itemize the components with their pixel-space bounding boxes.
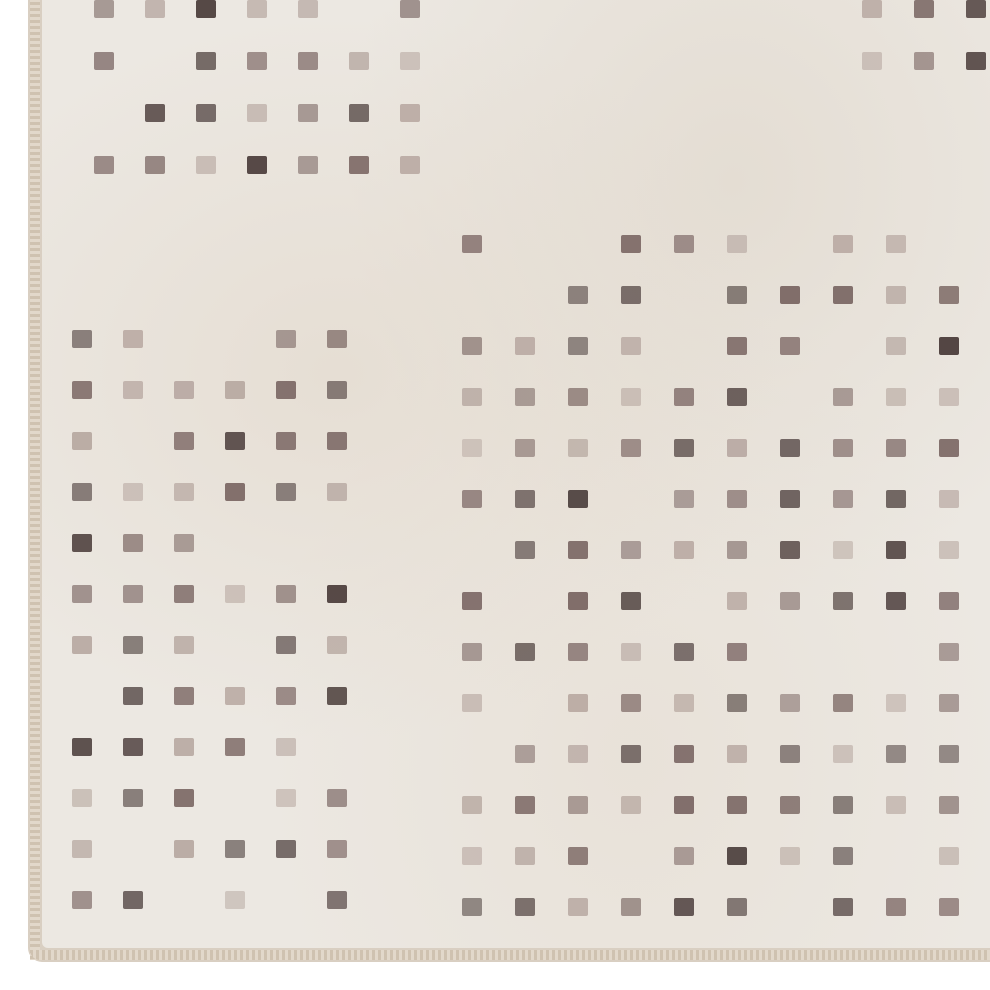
pattern-square [780, 745, 800, 763]
pattern-square [568, 337, 588, 355]
pattern-square [886, 490, 906, 508]
pattern-square [276, 381, 296, 399]
pattern-square [568, 286, 588, 304]
pattern-square [939, 337, 959, 355]
pattern-square [939, 439, 959, 457]
pattern-square [568, 541, 588, 559]
pattern-square [621, 643, 641, 661]
pattern-square [145, 0, 165, 18]
pattern-square [886, 592, 906, 610]
pattern-square [174, 636, 194, 654]
pattern-square [349, 156, 369, 174]
pattern-square [123, 789, 143, 807]
pattern-square [939, 541, 959, 559]
pattern-square [727, 847, 747, 865]
rug-edge-binding-left [30, 0, 40, 960]
pattern-square [327, 789, 347, 807]
pattern-square [123, 891, 143, 909]
pattern-square [72, 891, 92, 909]
pattern-square [886, 898, 906, 916]
pattern-square [276, 687, 296, 705]
pattern-square [727, 490, 747, 508]
pattern-square [123, 585, 143, 603]
pattern-square [225, 891, 245, 909]
pattern-square [568, 643, 588, 661]
pattern-square [621, 337, 641, 355]
pattern-square [674, 898, 694, 916]
pattern-square [568, 388, 588, 406]
pattern-square [94, 156, 114, 174]
pattern-square [833, 898, 853, 916]
pattern-square [174, 585, 194, 603]
pattern-square [72, 534, 92, 552]
pattern-square [674, 847, 694, 865]
pattern-square [727, 439, 747, 457]
pattern-square [462, 439, 482, 457]
pattern-square [276, 432, 296, 450]
pattern-square [72, 738, 92, 756]
pattern-square [886, 796, 906, 814]
pattern-square [515, 847, 535, 865]
pattern-square [327, 840, 347, 858]
pattern-square [94, 0, 114, 18]
pattern-square [939, 286, 959, 304]
pattern-square [621, 439, 641, 457]
pattern-square [780, 796, 800, 814]
pattern-square [780, 439, 800, 457]
pattern-square [276, 585, 296, 603]
pattern-square [276, 330, 296, 348]
pattern-square [462, 643, 482, 661]
pattern-square [833, 796, 853, 814]
pattern-square [298, 0, 318, 18]
pattern-square [886, 388, 906, 406]
pattern-square [515, 490, 535, 508]
pattern-square [174, 738, 194, 756]
pattern-square [400, 104, 420, 122]
pattern-square [298, 156, 318, 174]
pattern-square [123, 381, 143, 399]
pattern-square [327, 636, 347, 654]
pattern-square [72, 636, 92, 654]
pattern-square [780, 490, 800, 508]
pattern-square [914, 52, 934, 70]
pattern-square [327, 330, 347, 348]
pattern-square [72, 330, 92, 348]
pattern-square [674, 490, 694, 508]
pattern-square [568, 898, 588, 916]
pattern-square [886, 235, 906, 253]
pattern-square [780, 541, 800, 559]
pattern-square [327, 432, 347, 450]
pattern-square [225, 432, 245, 450]
pattern-square [327, 687, 347, 705]
pattern-square [886, 694, 906, 712]
pattern-square [833, 541, 853, 559]
pattern-square [727, 235, 747, 253]
pattern-square [515, 796, 535, 814]
pattern-square [621, 796, 641, 814]
pattern-square [515, 745, 535, 763]
pattern-square [886, 745, 906, 763]
pattern-square [400, 52, 420, 70]
pattern-square [94, 52, 114, 70]
pattern-square [833, 388, 853, 406]
pattern-square [621, 898, 641, 916]
pattern-square [225, 738, 245, 756]
pattern-square [833, 439, 853, 457]
pattern-square [174, 534, 194, 552]
pattern-square [327, 381, 347, 399]
pattern-square [674, 388, 694, 406]
pattern-square [966, 0, 986, 18]
pattern-square [196, 104, 216, 122]
pattern-square [780, 694, 800, 712]
pattern-square [833, 235, 853, 253]
pattern-square [914, 0, 934, 18]
pattern-square [247, 104, 267, 122]
pattern-square [780, 337, 800, 355]
pattern-square [674, 439, 694, 457]
pattern-square [225, 483, 245, 501]
pattern-square [727, 796, 747, 814]
pattern-square [247, 156, 267, 174]
pattern-square [727, 745, 747, 763]
pattern-square [72, 789, 92, 807]
pattern-square [674, 235, 694, 253]
pattern-square [674, 796, 694, 814]
pattern-square [174, 432, 194, 450]
pattern-square [966, 52, 986, 70]
pattern-square [515, 898, 535, 916]
pattern-square [621, 541, 641, 559]
pattern-square [515, 439, 535, 457]
pattern-square [939, 847, 959, 865]
pattern-square [727, 388, 747, 406]
pattern-square [462, 592, 482, 610]
pattern-square [462, 235, 482, 253]
pattern-square [833, 592, 853, 610]
pattern-square [727, 286, 747, 304]
pattern-square [674, 541, 694, 559]
pattern-square [225, 840, 245, 858]
pattern-square [939, 643, 959, 661]
pattern-square [276, 840, 296, 858]
pattern-square [276, 789, 296, 807]
pattern-square [123, 534, 143, 552]
pattern-square [247, 0, 267, 18]
pattern-square [515, 388, 535, 406]
pattern-square [621, 745, 641, 763]
pattern-square [833, 490, 853, 508]
pattern-square [400, 156, 420, 174]
pattern-square [298, 104, 318, 122]
pattern-square [123, 483, 143, 501]
pattern-square [780, 286, 800, 304]
pattern-square [780, 592, 800, 610]
pattern-square [123, 636, 143, 654]
pattern-square [833, 694, 853, 712]
pattern-square [276, 483, 296, 501]
pattern-square [276, 738, 296, 756]
pattern-square [621, 388, 641, 406]
pattern-square [727, 694, 747, 712]
pattern-square [327, 585, 347, 603]
pattern-square [568, 439, 588, 457]
pattern-square [174, 381, 194, 399]
pattern-square [886, 286, 906, 304]
pattern-square [568, 745, 588, 763]
pattern-square [862, 0, 882, 18]
pattern-square [462, 694, 482, 712]
pattern-square [462, 490, 482, 508]
pattern-square [145, 104, 165, 122]
pattern-square [833, 745, 853, 763]
pattern-square [674, 694, 694, 712]
pattern-square [939, 745, 959, 763]
pattern-square [727, 898, 747, 916]
pattern-square [939, 592, 959, 610]
pattern-square [833, 847, 853, 865]
pattern-square [727, 643, 747, 661]
pattern-square [225, 687, 245, 705]
pattern-square [298, 52, 318, 70]
pattern-square [462, 898, 482, 916]
pattern-square [174, 483, 194, 501]
pattern-square [568, 847, 588, 865]
pattern-square [400, 0, 420, 18]
pattern-square [462, 388, 482, 406]
pattern-square [72, 585, 92, 603]
pattern-square [72, 381, 92, 399]
pattern-square [196, 52, 216, 70]
pattern-square [72, 483, 92, 501]
pattern-square [621, 592, 641, 610]
pattern-square [939, 490, 959, 508]
pattern-square [939, 388, 959, 406]
pattern-square [939, 898, 959, 916]
pattern-square [349, 104, 369, 122]
pattern-square [247, 52, 267, 70]
pattern-square [727, 337, 747, 355]
pattern-square [568, 592, 588, 610]
pattern-square [349, 52, 369, 70]
rug-edge-binding-bottom [30, 950, 990, 960]
pattern-square [515, 541, 535, 559]
pattern-square [939, 796, 959, 814]
pattern-square [515, 337, 535, 355]
pattern-square [886, 439, 906, 457]
pattern-square [123, 687, 143, 705]
pattern-square [674, 643, 694, 661]
pattern-square [174, 840, 194, 858]
rug-field [42, 0, 990, 948]
pattern-square [515, 643, 535, 661]
pattern-square [225, 381, 245, 399]
pattern-square [327, 891, 347, 909]
pattern-square [621, 235, 641, 253]
pattern-square [462, 847, 482, 865]
pattern-square [174, 687, 194, 705]
pattern-square [225, 585, 245, 603]
pattern-square [886, 337, 906, 355]
pattern-square [621, 694, 641, 712]
pattern-square [145, 156, 165, 174]
pattern-square [780, 847, 800, 865]
pattern-square [674, 745, 694, 763]
pattern-square [276, 636, 296, 654]
pattern-square [196, 0, 216, 18]
pattern-square [462, 796, 482, 814]
pattern-square [196, 156, 216, 174]
pattern-square [833, 286, 853, 304]
pattern-square [327, 483, 347, 501]
pattern-square [462, 337, 482, 355]
rug [28, 0, 990, 962]
pattern-square [886, 541, 906, 559]
pattern-square [727, 592, 747, 610]
pattern-square [727, 541, 747, 559]
pattern-square [123, 330, 143, 348]
pattern-square [568, 694, 588, 712]
pattern-square [568, 490, 588, 508]
pattern-square [72, 840, 92, 858]
pattern-square [174, 789, 194, 807]
pattern-square [123, 738, 143, 756]
pattern-square [621, 286, 641, 304]
pattern-square [568, 796, 588, 814]
pattern-square [939, 694, 959, 712]
pattern-square [862, 52, 882, 70]
pattern-square [72, 432, 92, 450]
